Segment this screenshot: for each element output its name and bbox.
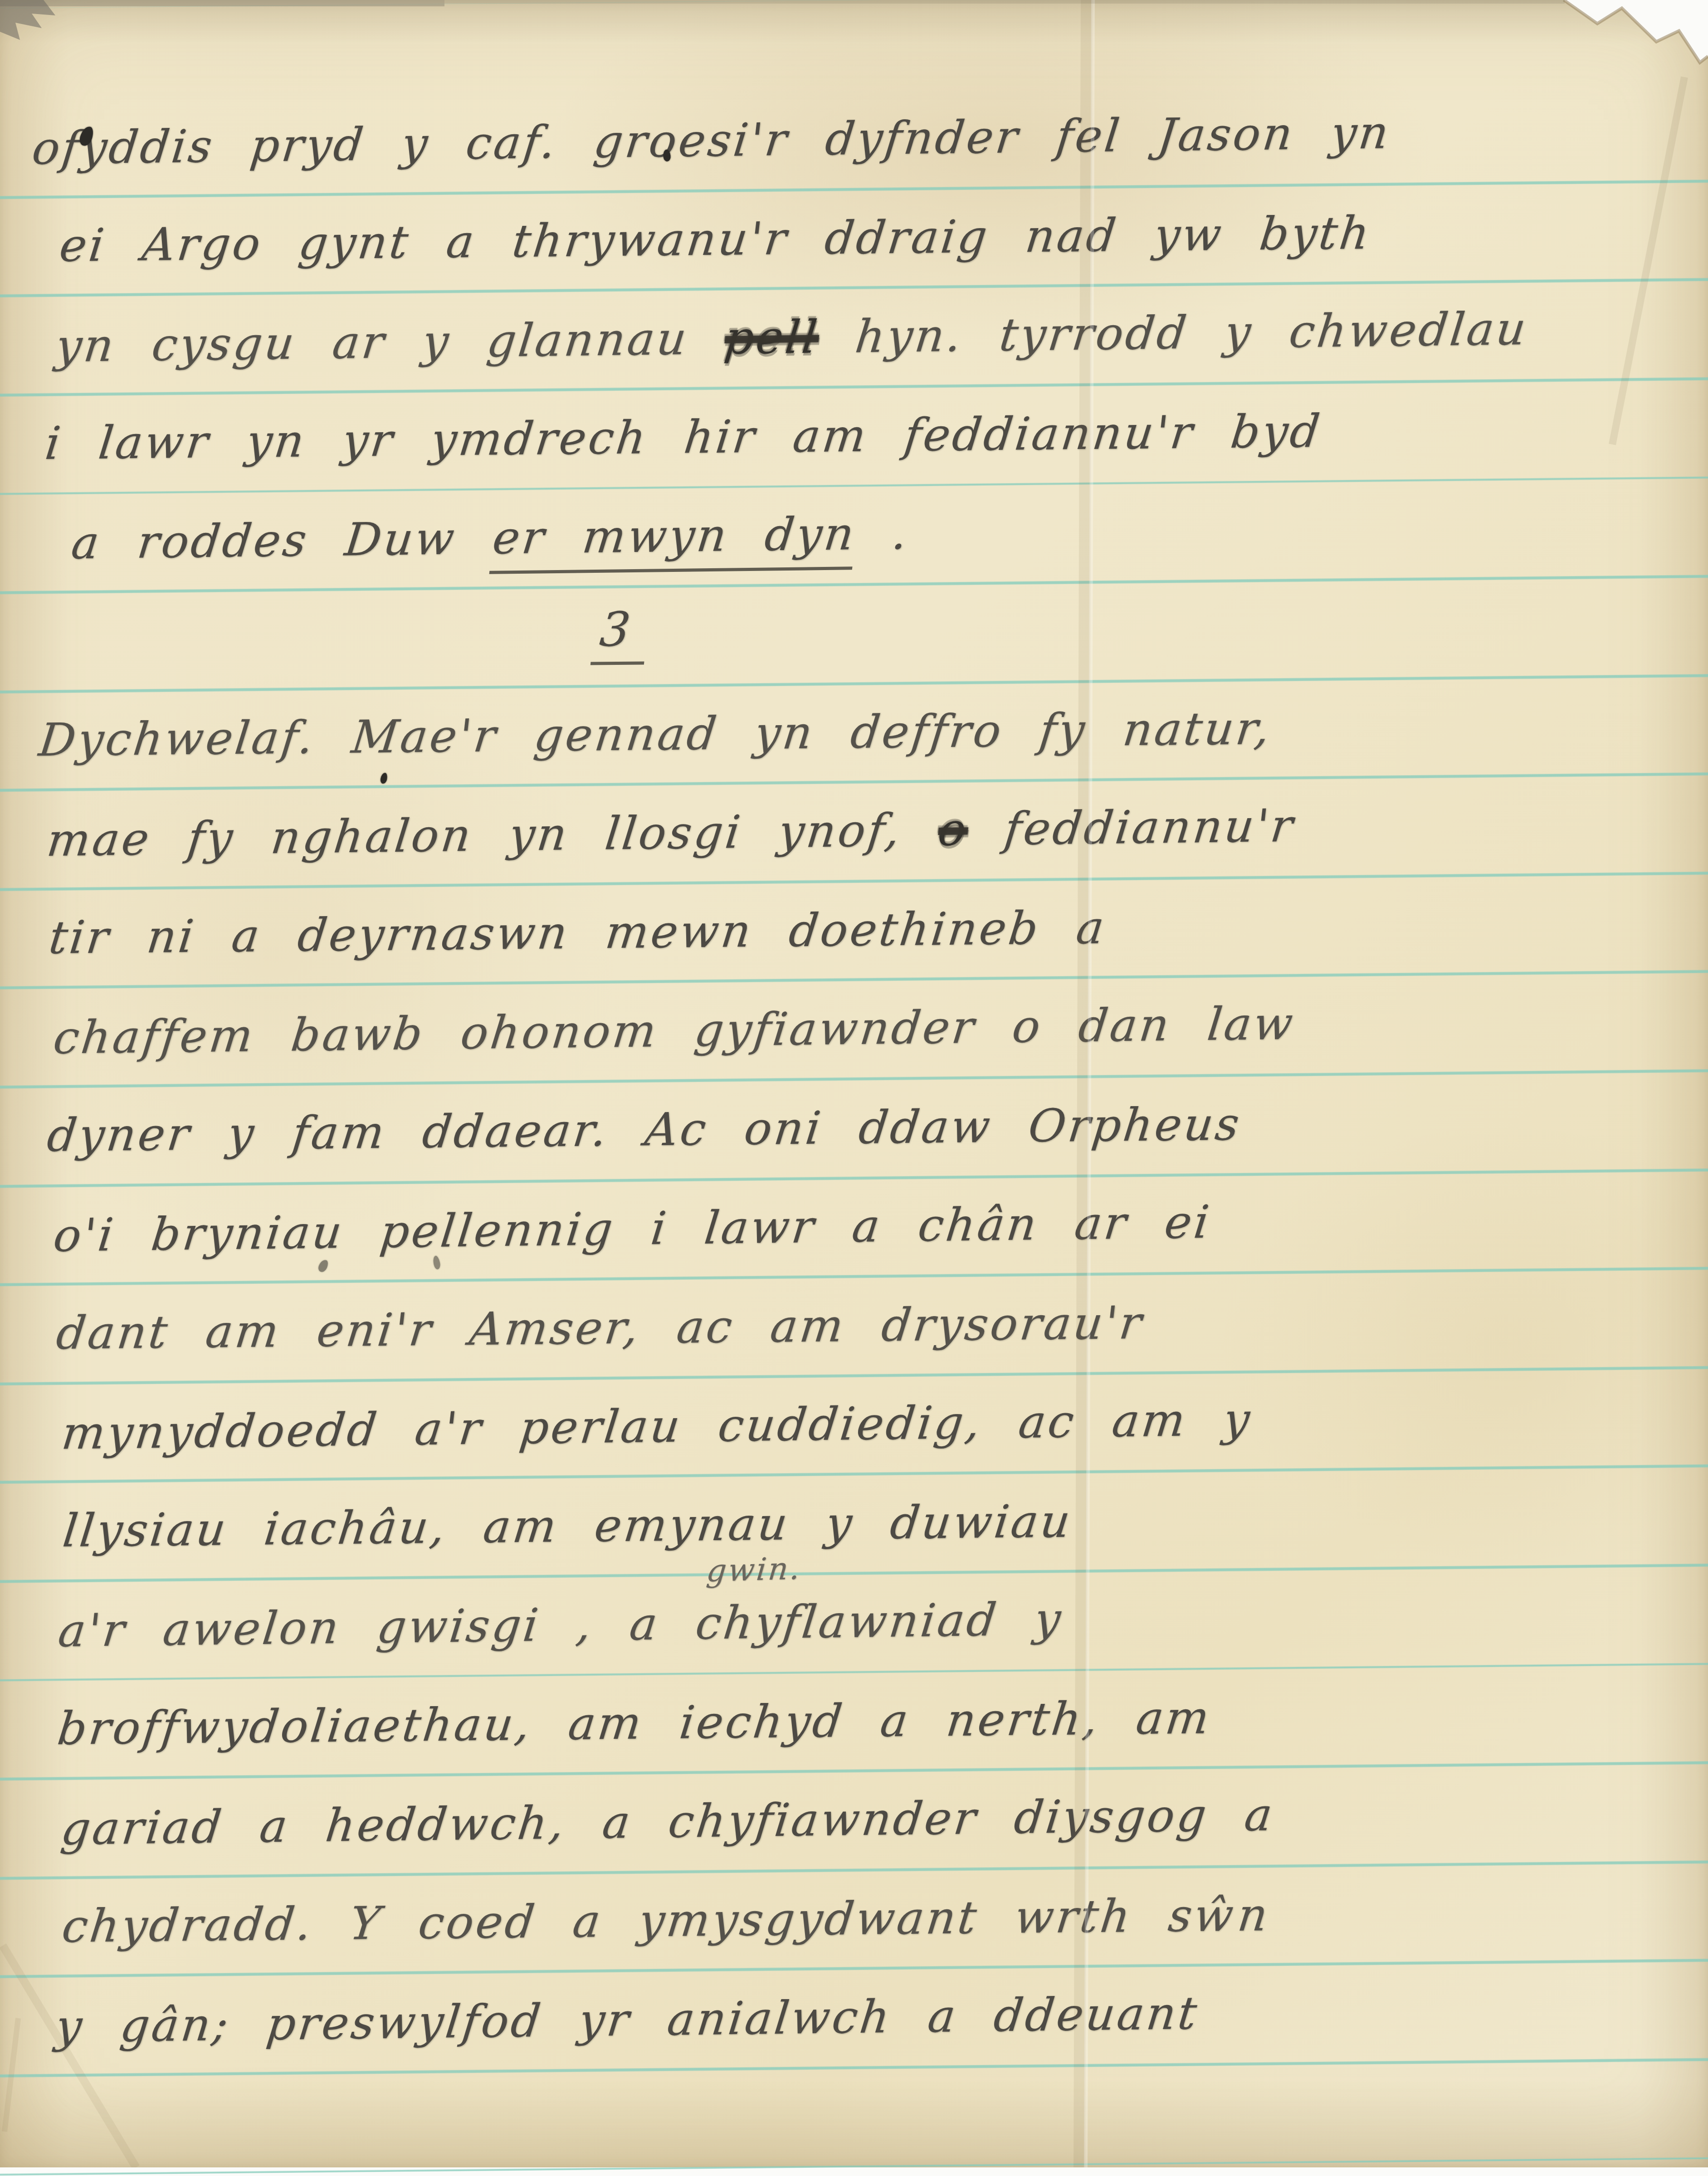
manuscript-page: ofyddis pryd y caf. groesi'r dyfnder fel… xyxy=(0,0,1708,2167)
handwritten-text: . xyxy=(853,507,913,561)
manuscript-line: a roddes Duw er mwyn dyn . xyxy=(69,507,912,570)
page-content: ofyddis pryd y caf. groesi'r dyfnder fel… xyxy=(0,0,1708,2167)
manuscript-line: broffwydoliaethau, am iechyd a nerth, am xyxy=(55,1691,1214,1755)
inserted-word: gwin. xyxy=(705,1551,803,1589)
handwritten-text: yn cysgu ar y glannau xyxy=(53,312,728,372)
handwritten-text: hyn. tyrrodd y chwedlau xyxy=(816,302,1531,363)
section-number: 3 xyxy=(590,601,650,665)
struck-word: pell xyxy=(722,310,822,365)
manuscript-line: dant am eni'r Amser, ac am drysorau'r xyxy=(54,1296,1147,1360)
handwritten-text: a roddes Duw xyxy=(69,512,496,570)
handwritten-text: llysiau iachâu, am emynau y duwiau xyxy=(60,1494,1075,1557)
underlined-phrase: er mwyn dyn xyxy=(489,507,859,574)
manuscript-line: tir ni a deyrnaswn mewn doethineb a xyxy=(46,901,1109,964)
handwritten-text: mae fy nghalon yn llosgi ynof, xyxy=(44,803,942,867)
manuscript-line: llysiau iachâu, am emynau y duwiau xyxy=(60,1494,1075,1557)
handwritten-text: dant am eni'r Amser, ac am drysorau'r xyxy=(54,1296,1147,1360)
handwritten-text: broffwydoliaethau, am iechyd a nerth, am xyxy=(55,1691,1214,1755)
handwritten-text: tir ni a deyrnaswn mewn doethineb a xyxy=(46,901,1109,964)
handwritten-text: feddiannu'r xyxy=(965,799,1298,856)
